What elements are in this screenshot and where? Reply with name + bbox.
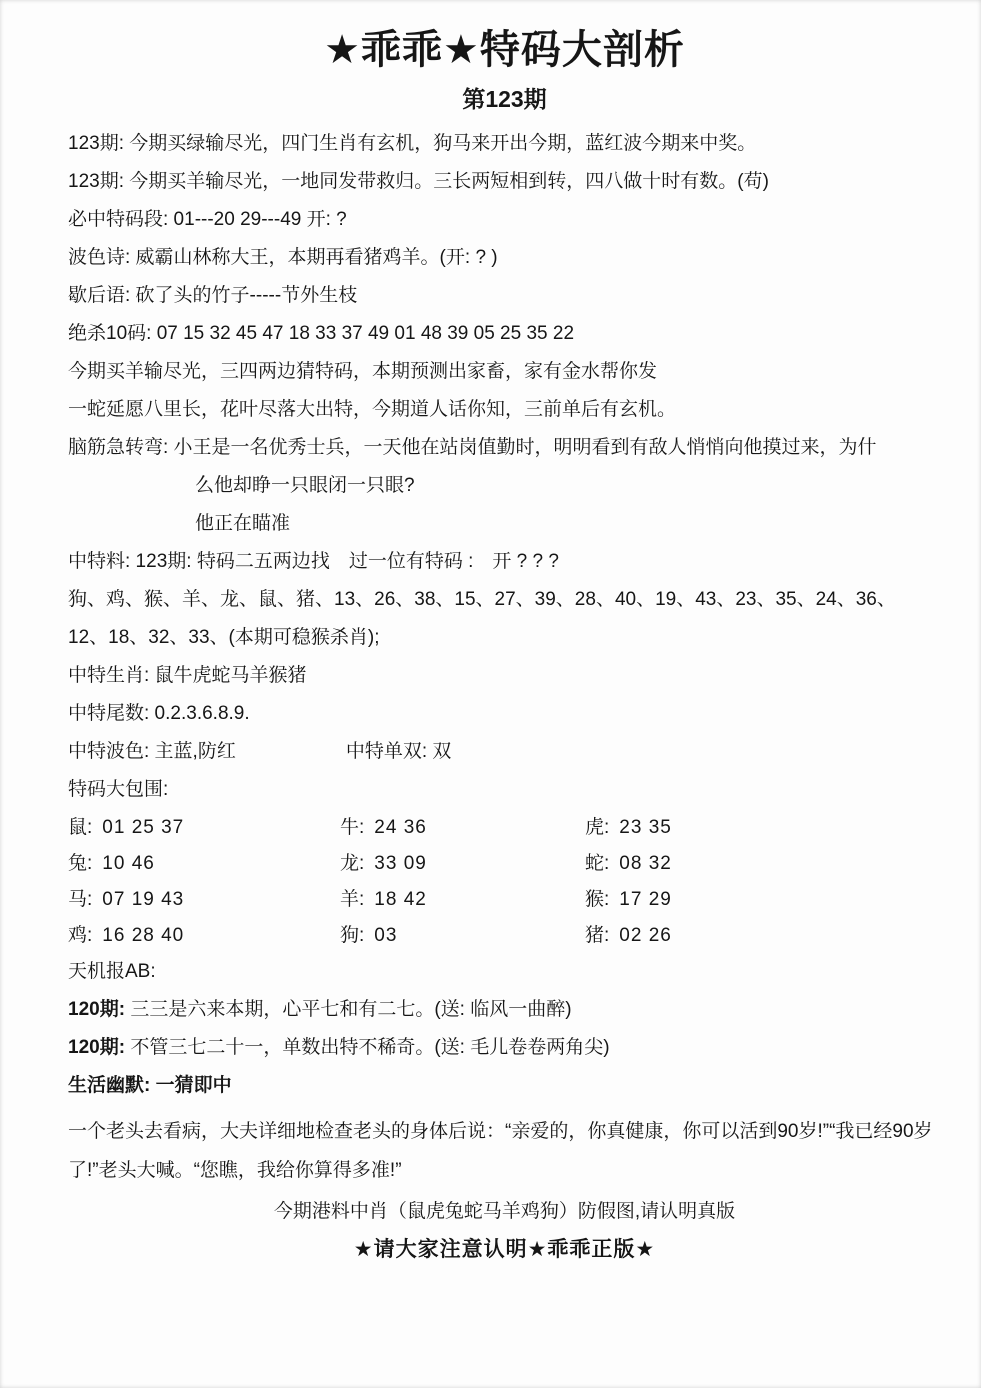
brain-teaser-line2: 么他却睁一只眼闭一只眼? <box>68 474 941 497</box>
zodiac-hit-line: 中特生肖: 鼠牛虎蛇马羊猴猪 <box>68 664 941 687</box>
package-cell-horse: 马:07 19 43 <box>68 888 340 911</box>
package-cell-rat: 鼠:01 25 37 <box>68 816 340 839</box>
footer-notice: 今期港料中肖（鼠虎兔蛇马羊鸡狗）防假图,请认明真版 <box>68 1196 941 1223</box>
zodiac-label: 兔: <box>68 853 92 874</box>
zodiac-label: 羊: <box>340 889 364 910</box>
zhongteliao-line: 中特料: 123期: 特码二五两边找 过一位有特码 : 开 ? ? ? <box>68 550 941 573</box>
wave-color-poem: 波色诗: 威霸山林称大王，本期再看猪鸡羊。(开: ? ) <box>68 246 941 269</box>
package-row: 兔:10 46 龙:33 09 蛇:08 32 <box>68 852 941 875</box>
hint-line-2: 一蛇延愿八里长，花叶尽落大出特，今期道人话你知，三前单后有玄机。 <box>68 398 941 421</box>
picks-line-1: 狗、鸡、猴、羊、龙、鼠、猪、13、26、38、15、27、39、28、40、19… <box>68 588 941 611</box>
zodiac-label: 虎: <box>585 817 609 838</box>
zodiac-label: 猪: <box>585 925 609 946</box>
footer-brand: ★请大家注意认明★乖乖正版★ <box>68 1233 941 1263</box>
kill-codes-line: 绝杀10码: 07 15 32 45 47 18 33 37 49 01 48 … <box>68 322 941 345</box>
wave-color-value: 中特波色: 主蓝,防红 <box>68 741 236 762</box>
tail-numbers-line: 中特尾数: 0.2.3.6.8.9. <box>68 702 941 725</box>
zodiac-label: 狗: <box>340 925 364 946</box>
zodiac-numbers: 07 19 43 <box>102 889 184 910</box>
poem-line-green: 123期: 今期买绿输尽光，四门生肖有玄机，狗马来开出今期，蓝红波今期来中奖。 <box>68 132 941 155</box>
wave-oddeven-line: 中特波色: 主蓝,防红中特单双: 双 <box>68 740 941 763</box>
issue120-line-1: 120期: 三三是六来本期，心平七和有二七。(送: 临风一曲醉) <box>68 998 941 1021</box>
zodiac-numbers: 23 35 <box>619 817 672 838</box>
package-row: 鸡:16 28 40 狗:03 猪:02 26 <box>68 924 941 947</box>
zodiac-label: 龙: <box>340 853 364 874</box>
zodiac-label: 猴: <box>585 889 609 910</box>
xiehouyu-line: 歇后语: 砍了头的竹子-----节外生枝 <box>68 284 941 307</box>
zodiac-numbers: 02 26 <box>619 925 672 946</box>
package-cell-goat: 羊:18 42 <box>340 888 585 911</box>
brain-teaser-line1: 脑筋急转弯: 小王是一名优秀士兵，一天他在站岗值勤时，明明看到有敌人悄悄向他摸过… <box>68 436 941 459</box>
odd-even-value: 中特单双: 双 <box>346 740 452 763</box>
brain-teaser-answer: 他正在瞄准 <box>68 512 941 535</box>
zodiac-numbers: 24 36 <box>374 817 427 838</box>
package-cell-ox: 牛:24 36 <box>340 816 585 839</box>
issue120-line-2: 120期: 不管三七二十一，单数出特不稀奇。(送: 毛儿卷卷两角尖) <box>68 1036 941 1059</box>
package-cell-dog: 狗:03 <box>340 924 585 947</box>
package-cell-monkey: 猴:17 29 <box>585 888 941 911</box>
zodiac-numbers: 03 <box>374 925 397 946</box>
issue120-prefix: 120期: <box>68 999 130 1020</box>
picks-line-2: 12、18、32、33、(本期可稳猴杀肖); <box>68 626 941 649</box>
zodiac-numbers: 16 28 40 <box>102 925 184 946</box>
scanned-lottery-sheet: ★乖乖★特码大剖析 第123期 123期: 今期买绿输尽光，四门生肖有玄机，狗马… <box>0 0 981 1388</box>
zodiac-numbers: 17 29 <box>619 889 672 910</box>
hint-line-1: 今期买羊输尽光，三四两边猜特码，本期预测出家畜，家有金水帮你发 <box>68 360 941 383</box>
zodiac-numbers: 10 46 <box>102 853 155 874</box>
zodiac-label: 鼠: <box>68 817 92 838</box>
zodiac-label: 鸡: <box>68 925 92 946</box>
zodiac-label: 牛: <box>340 817 364 838</box>
must-hit-segment: 必中特码段: 01---20 29---49 开: ? <box>68 208 941 231</box>
package-cell-tiger: 虎:23 35 <box>585 816 941 839</box>
package-cell-snake: 蛇:08 32 <box>585 852 941 875</box>
poem-line-sheep: 123期: 今期买羊输尽光，一地同发带救归。三长两短相到转，四八做十时有数。(苟… <box>68 170 941 193</box>
humor-paragraph: 一个老头去看病，大夫详细地检查老头的身体后说：“亲爱的，你真健康，你可以活到90… <box>68 1112 941 1190</box>
issue120-text: 三三是六来本期，心平七和有二七。(送: 临风一曲醉) <box>130 999 571 1020</box>
package-row: 鼠:01 25 37 牛:24 36 虎:23 35 <box>68 816 941 839</box>
issue120-prefix: 120期: <box>68 1037 130 1058</box>
zodiac-numbers: 33 09 <box>374 853 427 874</box>
page-title: ★乖乖★特码大剖析 <box>68 18 941 75</box>
tianjibao-line: 天机报AB: <box>68 960 941 983</box>
humor-title: 生活幽默: 一猜即中 <box>68 1074 941 1097</box>
issue-number: 第123期 <box>68 81 941 114</box>
zodiac-label: 蛇: <box>585 853 609 874</box>
document-body: ★乖乖★特码大剖析 第123期 123期: 今期买绿输尽光，四门生肖有玄机，狗马… <box>0 0 981 1263</box>
zodiac-numbers: 18 42 <box>374 889 427 910</box>
package-cell-pig: 猪:02 26 <box>585 924 941 947</box>
package-cell-rooster: 鸡:16 28 40 <box>68 924 340 947</box>
zodiac-label: 马: <box>68 889 92 910</box>
package-cell-dragon: 龙:33 09 <box>340 852 585 875</box>
package-cell-rabbit: 兔:10 46 <box>68 852 340 875</box>
package-row: 马:07 19 43 羊:18 42 猴:17 29 <box>68 888 941 911</box>
package-title: 特码大包围: <box>68 778 941 801</box>
zodiac-numbers: 01 25 37 <box>102 817 184 838</box>
zodiac-numbers: 08 32 <box>619 853 672 874</box>
issue120-text: 不管三七二十一，单数出特不稀奇。(送: 毛儿卷卷两角尖) <box>130 1037 609 1058</box>
